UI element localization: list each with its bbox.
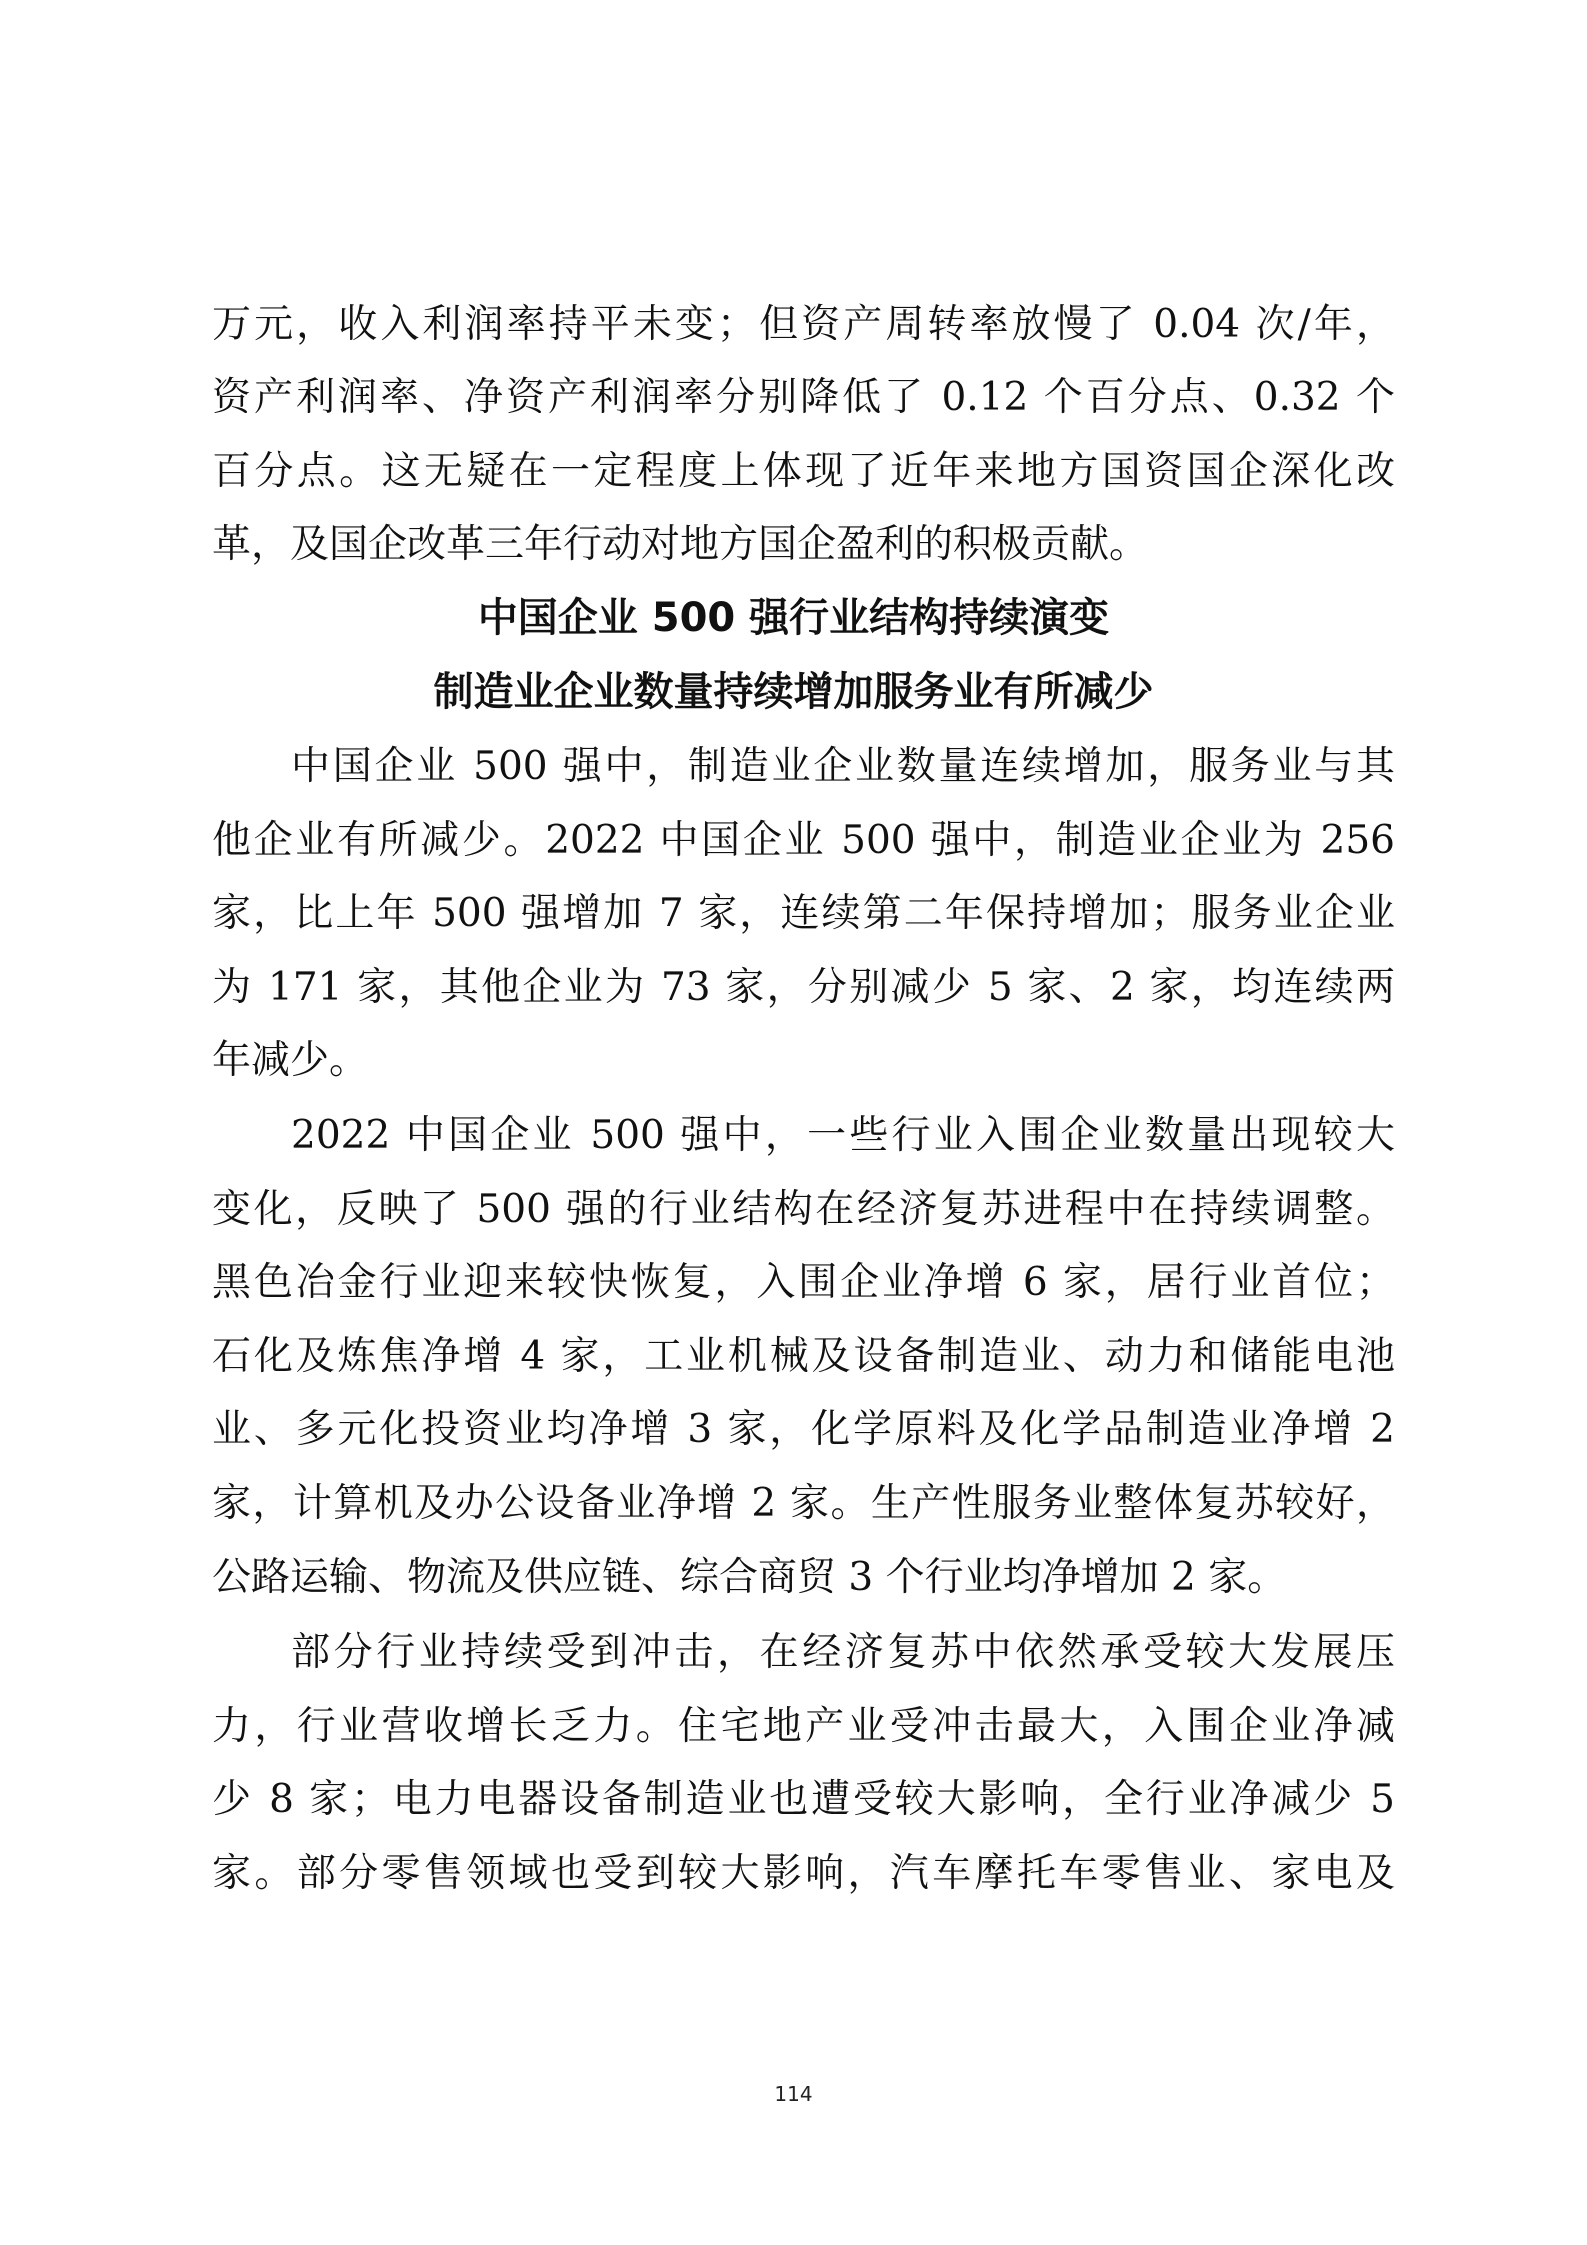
text-line: 家。部分零售领域也受到较大影响，汽车摩托车零售业、家电及	[212, 1844, 1395, 1904]
text-line: 力，行业营收增长乏力。住宅地产业受冲击最大，入围企业净减	[212, 1697, 1395, 1757]
text-line: 业、多元化投资业均净增 3 家，化学原料及化学品制造业净增 2	[212, 1400, 1395, 1460]
text-line: 2022 中国企业 500 强中，一些行业入围企业数量出现较大	[291, 1106, 1395, 1166]
text-line: 家，计算机及办公设备业净增 2 家。生产性服务业整体复苏较好，	[212, 1474, 1395, 1534]
section-subheading: 制造业企业数量持续增加服务业有所减少	[0, 662, 1587, 722]
text-line: 黑色冶金行业迎来较快恢复，入围企业净增 6 家，居行业首位；	[212, 1253, 1395, 1313]
text-line: 革，及国企改革三年行动对地方国企盈利的积极贡献。	[212, 515, 1395, 575]
text-line: 公路运输、物流及供应链、综合商贸 3 个行业均净增加 2 家。	[212, 1548, 1395, 1608]
text-line: 石化及炼焦净增 4 家，工业机械及设备制造业、动力和储能电池	[212, 1327, 1395, 1387]
text-line: 资产利润率、净资产利润率分别降低了 0.12 个百分点、0.32 个	[212, 368, 1395, 428]
text-line: 为 171 家，其他企业为 73 家，分别减少 5 家、2 家，均连续两	[212, 958, 1395, 1018]
text-line: 百分点。这无疑在一定程度上体现了近年来地方国资国企深化改	[212, 442, 1395, 502]
text-line: 变化，反映了 500 强的行业结构在经济复苏进程中在持续调整。	[212, 1180, 1395, 1240]
text-line: 家，比上年 500 强增加 7 家，连续第二年保持增加；服务业企业	[212, 884, 1395, 944]
text-line: 少 8 家；电力电器设备制造业也遭受较大影响，全行业净减少 5	[212, 1770, 1395, 1830]
text-line: 部分行业持续受到冲击，在经济复苏中依然承受较大发展压	[291, 1623, 1395, 1683]
text-line: 万元，收入利润率持平未变；但资产周转率放慢了 0.04 次/年，	[212, 295, 1395, 355]
page-number: 114	[0, 2082, 1587, 2106]
document-page: 万元，收入利润率持平未变；但资产周转率放慢了 0.04 次/年， 资产利润率、净…	[0, 0, 1587, 2245]
text-line: 中国企业 500 强中，制造业企业数量连续增加，服务业与其	[291, 737, 1395, 797]
section-heading: 中国企业 500 强行业结构持续演变	[0, 588, 1587, 648]
text-line: 他企业有所减少。2022 中国企业 500 强中，制造业企业为 256	[212, 811, 1395, 871]
text-line: 年减少。	[212, 1031, 1395, 1091]
